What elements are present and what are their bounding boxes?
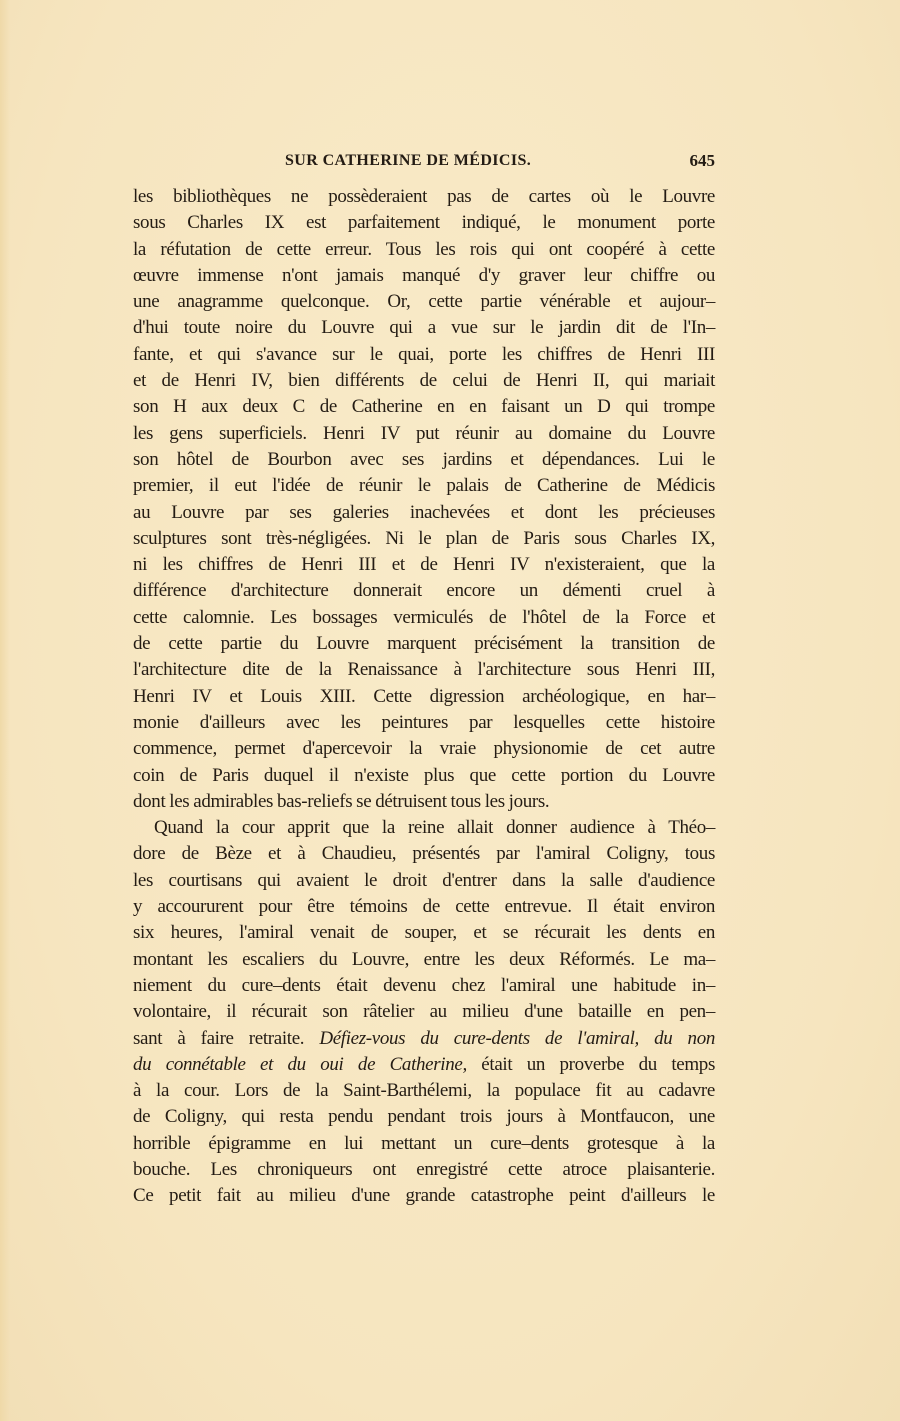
text-line: sculptures sont très-négligées. Ni le pl… <box>133 526 715 552</box>
text-line: à la cour. Lors de la Saint-Barthélemi, … <box>133 1078 715 1104</box>
text-line: de cette partie du Louvre marquent préci… <box>133 631 715 657</box>
text-line: les courtisans qui avaient le droit d'en… <box>133 868 715 894</box>
text-line: fante, et qui s'avance sur le quai, port… <box>133 342 715 368</box>
roman-text: sant à faire retraite. <box>133 1028 319 1049</box>
page-number: 645 <box>690 148 716 174</box>
roman-text: était un proverbe du temps <box>467 1054 715 1075</box>
text-line: les bibliothèques ne possèderaient pas d… <box>133 184 715 210</box>
text-line: Ce petit fait au milieu d'une grande cat… <box>133 1183 715 1209</box>
running-title: SUR CATHERINE DE MÉDICIS. <box>285 148 531 174</box>
text-line: Henri IV et Louis XIII. Cette digression… <box>133 684 715 710</box>
paragraph-start-line: Quand la cour apprit que la reine allait… <box>133 815 715 841</box>
text-line: volontaire, il récurait son râtelier au … <box>133 999 715 1025</box>
text-line: six heures, l'amiral venait de souper, e… <box>133 920 715 946</box>
text-line: premier, il eut l'idée de réunir le pala… <box>133 473 715 499</box>
text-line: et de Henri IV, bien différents de celui… <box>133 368 715 394</box>
text-line: l'architecture dite de la Renaissance à … <box>133 657 715 683</box>
text-line: niement du cure–dents était devenu chez … <box>133 973 715 999</box>
text-line: de Coligny, qui resta pendu pendant troi… <box>133 1104 715 1130</box>
text-line: au Louvre par ses galeries inachevées et… <box>133 500 715 526</box>
text-line: différence d'architecture donnerait enco… <box>133 578 715 604</box>
running-head: SUR CATHERINE DE MÉDICIS. 645 <box>133 148 715 174</box>
text-line: horrible épigramme en lui mettant un cur… <box>133 1131 715 1157</box>
text-line: monie d'ailleurs avec les peintures par … <box>133 710 715 736</box>
text-line: son H aux deux C de Catherine en en fais… <box>133 394 715 420</box>
text-line: les gens superficiels. Henri IV put réun… <box>133 421 715 447</box>
text-line: son hôtel de Bourbon avec ses jardins et… <box>133 447 715 473</box>
italic-quote: Défiez-vous du cure-dents de l'amiral, d… <box>319 1028 715 1049</box>
text-line: y accoururent pour être témoins de cette… <box>133 894 715 920</box>
text-line: dore de Bèze et à Chaudieu, présentés pa… <box>133 841 715 867</box>
text-line-mixed: du connétable et du oui de Catherine, ét… <box>133 1052 715 1078</box>
text-line: la réfutation de cette erreur. Tous les … <box>133 237 715 263</box>
text-line: coin de Paris duquel il n'existe plus qu… <box>133 763 715 789</box>
text-line: commence, permet d'apercevoir la vraie p… <box>133 736 715 762</box>
text-line: sous Charles IX est parfaitement indiqué… <box>133 210 715 236</box>
text-line-mixed: sant à faire retraite. Défiez-vous du cu… <box>133 1026 715 1052</box>
text-line: bouche. Les chroniqueurs ont enregistré … <box>133 1157 715 1183</box>
text-line: ni les chiffres de Henri III et de Henri… <box>133 552 715 578</box>
text-line: montant les escaliers du Louvre, entre l… <box>133 947 715 973</box>
page-edge-shadow <box>0 0 10 1421</box>
italic-quote: du connétable et du oui de Catherine, <box>133 1054 467 1075</box>
text-line: une anagramme quelconque. Or, cette part… <box>133 289 715 315</box>
text-line: cette calomnie. Les bossages vermiculés … <box>133 605 715 631</box>
text-line: d'hui toute noire du Louvre qui a vue su… <box>133 315 715 341</box>
body-text: les bibliothèques ne possèderaient pas d… <box>133 184 715 1210</box>
text-line: œuvre immense n'ont jamais manqué d'y gr… <box>133 263 715 289</box>
paragraph-end-line: dont les admirables bas-reliefs se détru… <box>133 789 715 815</box>
